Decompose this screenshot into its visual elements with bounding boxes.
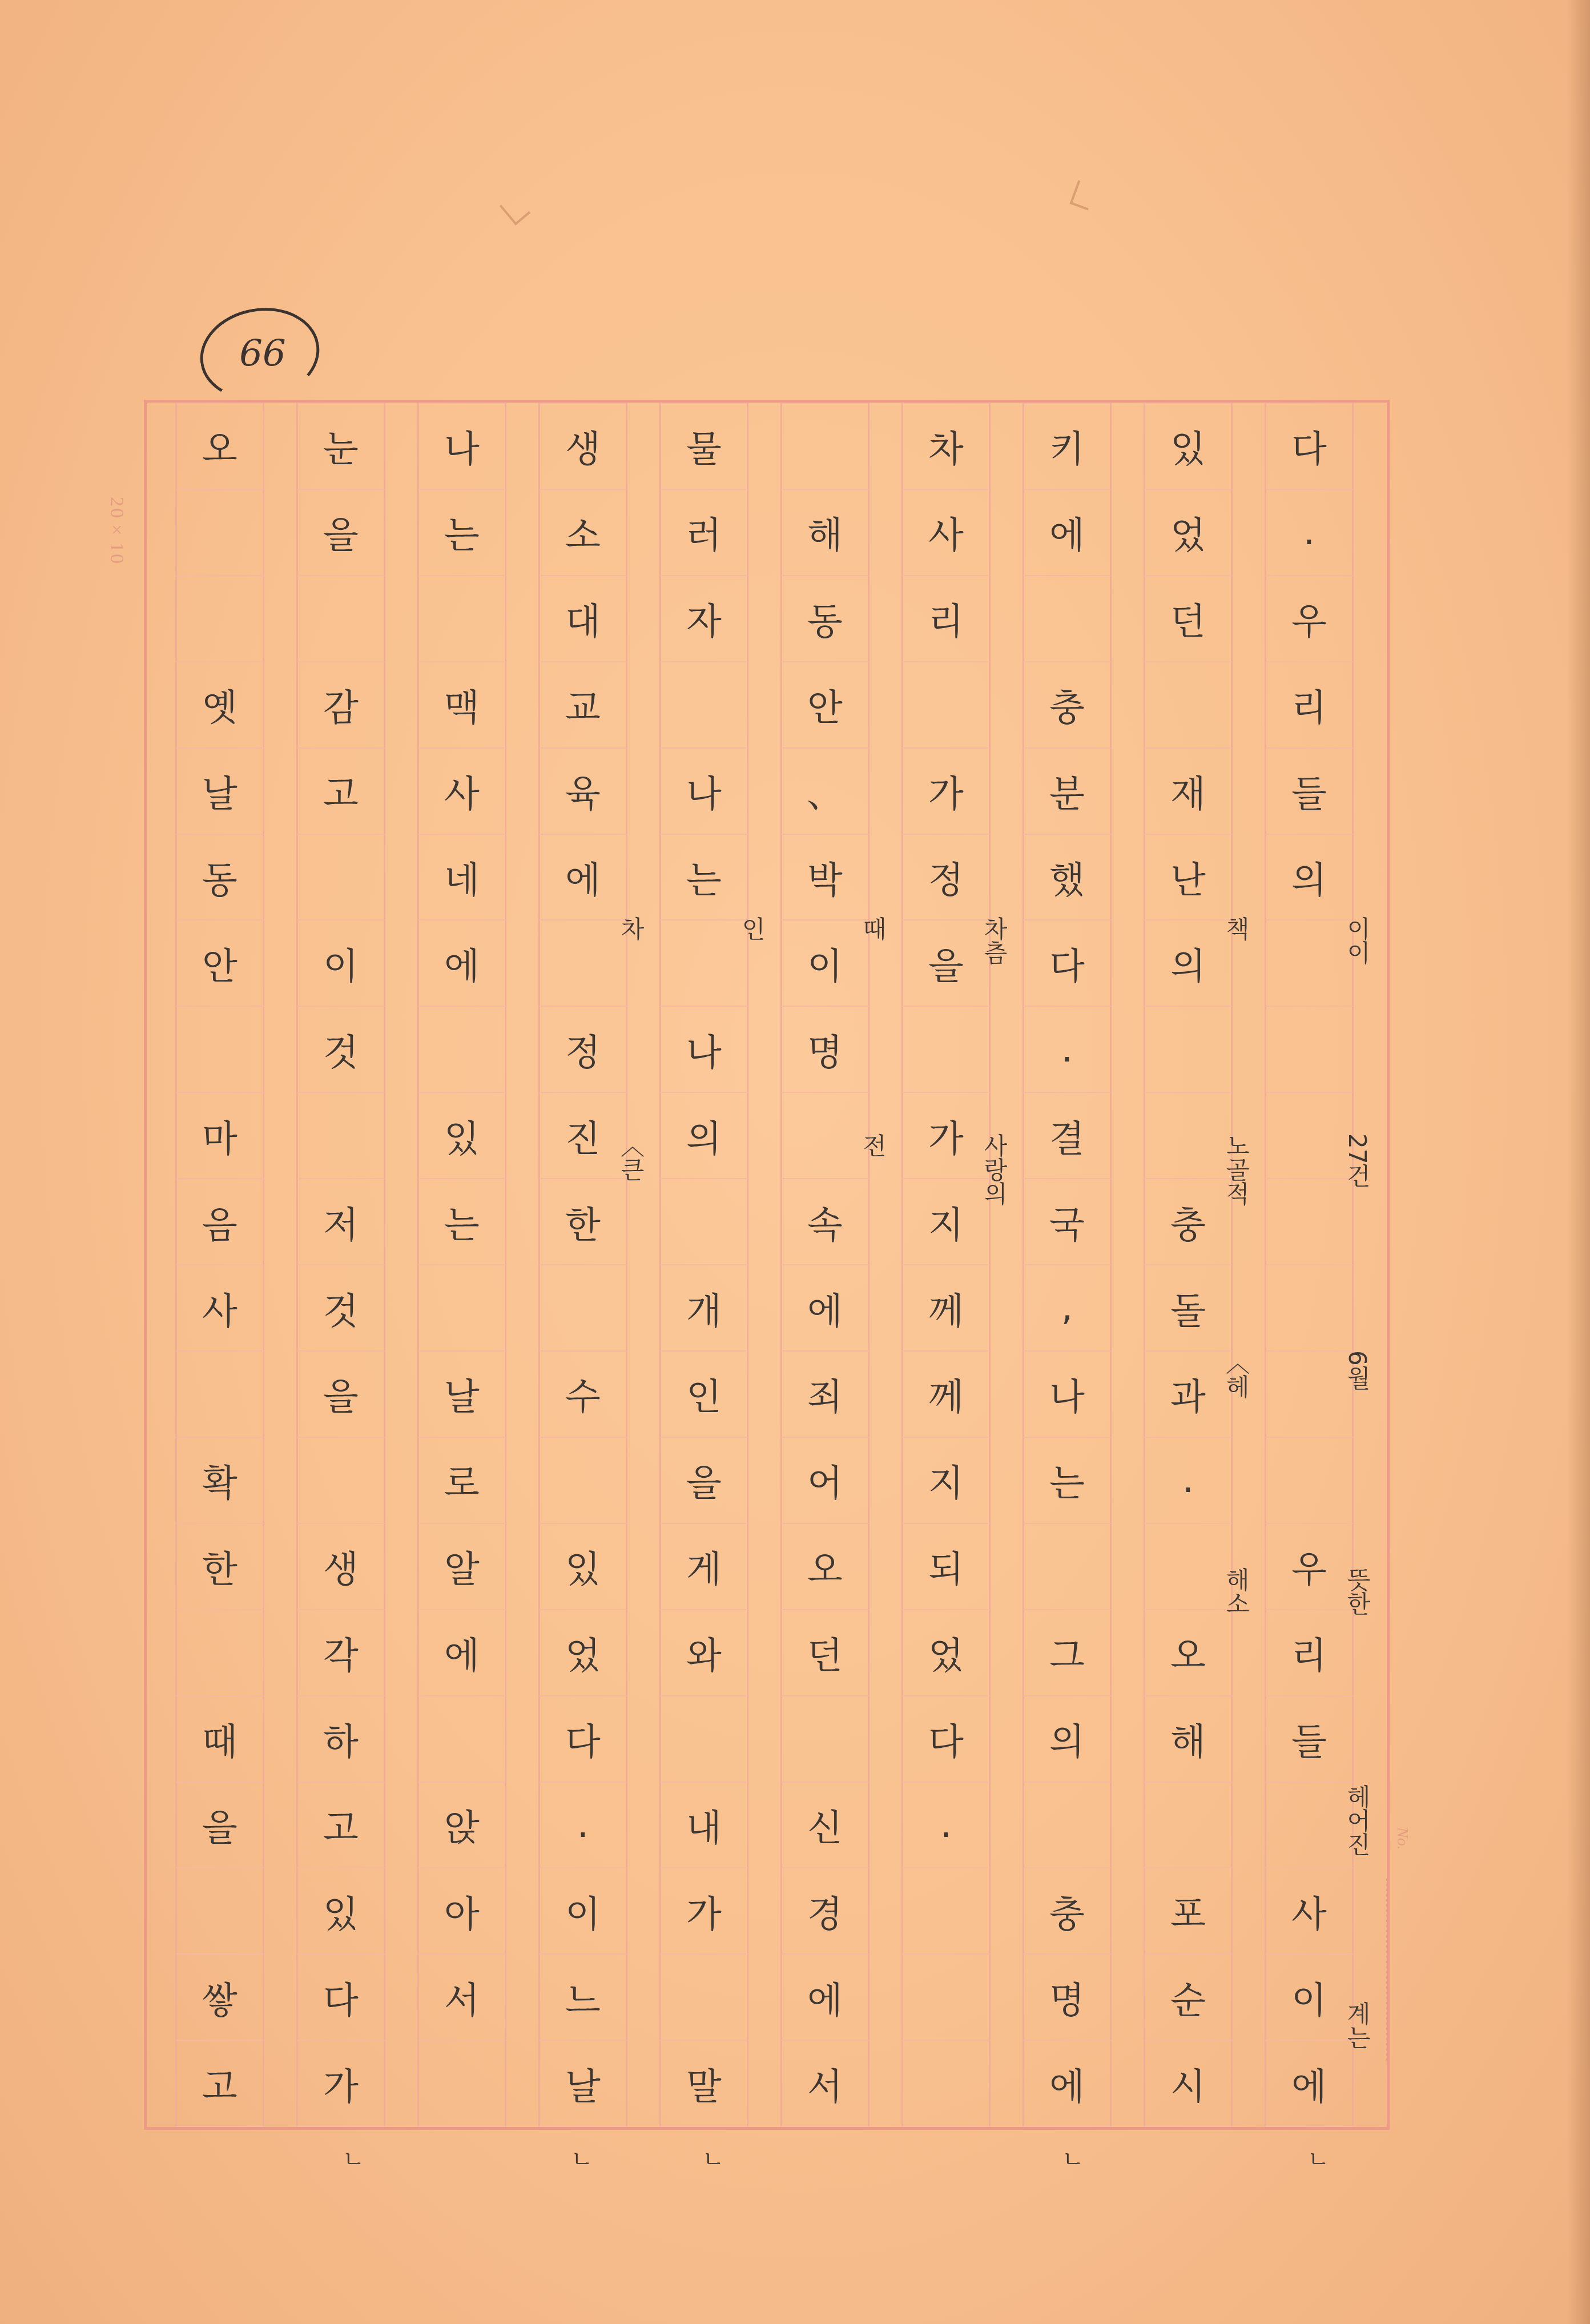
grid-cell: 리 (1265, 1610, 1354, 1696)
grid-cell: 나 (417, 403, 506, 490)
grid-cell: 을 (296, 490, 385, 576)
grid-cell (296, 1438, 385, 1524)
grid-cell: 날 (538, 2041, 627, 2127)
grid-cell: 리 (1265, 662, 1354, 749)
margin-annotation: 27건 (1340, 1133, 1374, 1188)
grid-cell (175, 1007, 264, 1093)
grid-cell: 맥 (417, 662, 506, 749)
grid-cell: 대 (538, 576, 627, 662)
grid-cell: 돌 (1144, 1265, 1233, 1352)
grid-cell: 어 (780, 1438, 870, 1524)
manuscript-column: 눈을감고이것저것을생각하고있다가 (280, 403, 401, 2127)
grid-cell: 각 (296, 1610, 385, 1696)
bottom-tick-mark: ㄴ (1062, 2141, 1084, 2174)
grid-cell: 소 (538, 490, 627, 576)
grid-cell (1265, 1438, 1354, 1524)
grid-cell: 자 (659, 576, 748, 662)
grid-cell: 가 (901, 749, 991, 835)
grid-cell: 다 (538, 1696, 627, 1783)
manuscript-column: 차사리가정을가지께께지되었다.차츰사랑의 (885, 403, 1007, 2127)
grid-cell: 다 (296, 1955, 385, 2041)
grid-cell: 가 (296, 2041, 385, 2127)
paper-crease-mark (1070, 180, 1097, 211)
grid-cell: 는 (1023, 1438, 1112, 1524)
grid-cell (1265, 1179, 1354, 1265)
grid-cell: 생 (296, 1524, 385, 1610)
grid-cell: 신 (780, 1783, 870, 1869)
margin-annotation: 헤어진 (1340, 1784, 1374, 1856)
grid-cell: 나 (659, 749, 748, 835)
grid-cell: 안 (780, 662, 870, 749)
grid-cell (417, 576, 506, 662)
grid-cell: 에 (1023, 2041, 1112, 2127)
grid-cell: 사 (1265, 1868, 1354, 1955)
margin-annotation: 해소 (1219, 1567, 1253, 1615)
grid-cell: 아 (417, 1868, 506, 1955)
grid-cell: 포 (1144, 1868, 1233, 1955)
grid-cell: 키 (1023, 403, 1112, 490)
grid-cell: . (901, 1783, 991, 1869)
grid-cell (901, 2041, 991, 2127)
grid-cell: 내 (659, 1783, 748, 1869)
grid-cell: 네 (417, 835, 506, 921)
grid-cell: 사 (175, 1265, 264, 1352)
grid-cell (296, 835, 385, 921)
grid-cell: 에 (1023, 490, 1112, 576)
grid-cell: 의 (659, 1093, 748, 1179)
grid-cell: 느 (538, 1955, 627, 2041)
grid-format-label: 20×10 (106, 497, 127, 565)
margin-annotation: 〈헤 (1219, 1350, 1253, 1398)
grid-cell (175, 1610, 264, 1696)
grid-cell: , (1023, 1265, 1112, 1352)
grid-cell: 분 (1023, 749, 1112, 835)
manuscript-column: 있었던재난의충돌과.오해포순시책노골적〈헤해소 (1128, 403, 1249, 2127)
grid-cell (175, 1352, 264, 1438)
grid-cell (1023, 1783, 1112, 1869)
grid-cell (1144, 1783, 1233, 1869)
manuscript-column: 물러자나는나의개인을게와내가말인 (643, 403, 764, 2127)
grid-cell (1265, 1007, 1354, 1093)
grid-cell: 말 (659, 2041, 748, 2127)
grid-cell (901, 1955, 991, 2041)
grid-cell: 속 (780, 1179, 870, 1265)
bottom-tick-mark: ㄴ (702, 2141, 724, 2174)
margin-annotation: 인 (735, 916, 769, 940)
grid-cell: 사 (901, 490, 991, 576)
grid-cell: . (538, 1783, 627, 1869)
grid-cell: 앉 (417, 1783, 506, 1869)
margin-annotation: 계는 (1340, 2001, 1374, 2049)
grid-cell (659, 1696, 748, 1783)
grid-cell: 고 (296, 1783, 385, 1869)
grid-cell (1144, 1007, 1233, 1093)
grid-cell (417, 1265, 506, 1352)
grid-cell: 눈 (296, 403, 385, 490)
grid-cell (780, 1696, 870, 1783)
grid-cell: 죄 (780, 1352, 870, 1438)
bottom-tick-mark: ㄴ (571, 2141, 593, 2174)
grid-cell: 생 (538, 403, 627, 490)
grid-cell: 리 (901, 576, 991, 662)
grid-cell (417, 1007, 506, 1093)
manuscript-grid: 다.우리들의우리들사이에이이27건6월뜻한헤어진계는있었던재난의충돌과.오해포순… (144, 400, 1390, 2130)
manuscript-column: 다.우리들의우리들사이에이이27건6월뜻한헤어진계는 (1249, 403, 1370, 2127)
grid-cell: 오 (780, 1524, 870, 1610)
grid-cell: 결 (1023, 1093, 1112, 1179)
grid-cell: 이 (538, 1868, 627, 1955)
margin-annotation: 책 (1219, 916, 1253, 940)
grid-cell: 러 (659, 490, 748, 576)
grid-cell: 충 (1023, 1868, 1112, 1955)
grid-cell: 교 (538, 662, 627, 749)
grid-cell: 께 (901, 1352, 991, 1438)
grid-cell (175, 1868, 264, 1955)
grid-cell: 국 (1023, 1179, 1112, 1265)
grid-cell: 오 (175, 403, 264, 490)
grid-cell: 던 (780, 1610, 870, 1696)
grid-cell: 차 (901, 403, 991, 490)
grid-cell: 그 (1023, 1610, 1112, 1696)
paper-edge-shadow (1567, 0, 1590, 2324)
grid-cell: 충 (1023, 662, 1112, 749)
grid-cell: 서 (780, 2041, 870, 2127)
grid-cell: 한 (538, 1179, 627, 1265)
grid-cell (1023, 576, 1112, 662)
grid-cell: 고 (175, 2041, 264, 2127)
margin-annotation: 6월 (1340, 1350, 1374, 1390)
grid-cell: . (1144, 1438, 1233, 1524)
grid-cell: 께 (901, 1265, 991, 1352)
grid-cell: 시 (1144, 2041, 1233, 2127)
grid-cell (780, 403, 870, 490)
grid-cell: 을 (659, 1438, 748, 1524)
grid-cell: 확 (175, 1438, 264, 1524)
grid-cell (659, 1955, 748, 2041)
grid-cell: 에 (780, 1955, 870, 2041)
grid-cell (901, 662, 991, 749)
grid-cell (417, 2041, 506, 2127)
margin-annotation: 차 (614, 916, 648, 940)
grid-cell: 들 (1265, 749, 1354, 835)
grid-cell: 정 (901, 835, 991, 921)
grid-cell (175, 490, 264, 576)
grid-cell: 때 (175, 1696, 264, 1783)
grid-cell: 을 (296, 1352, 385, 1438)
grid-cell (538, 1438, 627, 1524)
grid-cell: 、 (780, 749, 870, 835)
margin-annotation: 사랑의 (977, 1133, 1011, 1205)
grid-cell: 다 (901, 1696, 991, 1783)
grid-cell: 서 (417, 1955, 506, 2041)
grid-cell: 에 (1265, 2041, 1354, 2127)
grid-cell: 었 (1144, 490, 1233, 576)
grid-cell: 있 (296, 1868, 385, 1955)
grid-cell: 이 (296, 920, 385, 1007)
grid-cell (659, 662, 748, 749)
grid-cell: 쌓 (175, 1955, 264, 2041)
grid-cell: 나 (1023, 1352, 1112, 1438)
no-label: No. (1393, 1827, 1411, 1850)
grid-cell: 지 (901, 1438, 991, 1524)
grid-cell: 고 (296, 749, 385, 835)
grid-cell (538, 1265, 627, 1352)
grid-cell: 는 (417, 1179, 506, 1265)
grid-cell: 물 (659, 403, 748, 490)
grid-cell: 에 (417, 920, 506, 1007)
grid-cell: 다 (1023, 920, 1112, 1007)
grid-cell: 들 (1265, 1696, 1354, 1783)
grid-cell (901, 1868, 991, 1955)
grid-cell: 경 (780, 1868, 870, 1955)
manuscript-column: 나는맥사네에있는날로알에앉아서 (401, 403, 522, 2127)
grid-cell: 날 (175, 749, 264, 835)
margin-annotation: 노골적 (1219, 1133, 1253, 1205)
grid-cell: 는 (659, 835, 748, 921)
margin-annotation: 뜻한 (1340, 1567, 1374, 1615)
grid-cell: 의 (1265, 835, 1354, 921)
grid-cell: 있 (1144, 403, 1233, 490)
grid-cell: 와 (659, 1610, 748, 1696)
grid-cell: 음 (175, 1179, 264, 1265)
margin-annotation: 차츰 (977, 916, 1011, 964)
grid-cell (296, 576, 385, 662)
grid-cell: 명 (1023, 1955, 1112, 2041)
grid-cell: 었 (538, 1610, 627, 1696)
grid-cell: 안 (175, 920, 264, 1007)
grid-cell: 난 (1144, 835, 1233, 921)
grid-cell: 하 (296, 1696, 385, 1783)
grid-cell: 했 (1023, 835, 1112, 921)
grid-cell: 되 (901, 1524, 991, 1610)
grid-cell: 사 (417, 749, 506, 835)
grid-cell (659, 1179, 748, 1265)
grid-cell: 오 (1144, 1610, 1233, 1696)
manuscript-column: 오옛날동안마음사확한때을쌓고 (159, 403, 280, 2127)
grid-cell (1023, 1524, 1112, 1610)
grid-cell: 알 (417, 1524, 506, 1610)
grid-cell (1144, 662, 1233, 749)
grid-cell: 것 (296, 1007, 385, 1093)
grid-cell: 을 (175, 1783, 264, 1869)
grid-cell: 동 (175, 835, 264, 921)
grid-cell: 것 (296, 1265, 385, 1352)
grid-cell (417, 1696, 506, 1783)
grid-cell: 있 (538, 1524, 627, 1610)
grid-cell: . (1023, 1007, 1112, 1093)
margin-annotation: 〈큰 (614, 1133, 648, 1181)
margin-annotation: 전 (856, 1133, 890, 1157)
bottom-tick-mark: ㄴ (1307, 2141, 1330, 2174)
grid-cell: 재 (1144, 749, 1233, 835)
grid-cell: 에 (780, 1265, 870, 1352)
grid-cell: . (1265, 490, 1354, 576)
grid-cell: 옛 (175, 662, 264, 749)
grid-cell (175, 576, 264, 662)
grid-cell: 해 (780, 490, 870, 576)
grid-cell: 명 (780, 1007, 870, 1093)
paper-crease-mark (500, 194, 530, 226)
page-number-text: 66 (239, 333, 285, 375)
grid-cell: 에 (417, 1610, 506, 1696)
page-number: 66 (206, 320, 320, 388)
grid-cell (1265, 1265, 1354, 1352)
manuscript-column: 해동안、박이명속에죄어오던신경에서때전 (764, 403, 885, 2127)
grid-cell: 마 (175, 1093, 264, 1179)
grid-cell: 개 (659, 1265, 748, 1352)
grid-cell: 인 (659, 1352, 748, 1438)
grid-cell: 수 (538, 1352, 627, 1438)
grid-cell: 정 (538, 1007, 627, 1093)
grid-cell: 동 (780, 576, 870, 662)
grid-cell: 한 (175, 1524, 264, 1610)
grid-cell: 던 (1144, 576, 1233, 662)
grid-cell: 해 (1144, 1696, 1233, 1783)
grid-cell: 는 (417, 490, 506, 576)
grid-cell: 날 (417, 1352, 506, 1438)
grid-cell: 나 (659, 1007, 748, 1093)
grid-cell: 우 (1265, 576, 1354, 662)
margin-annotation: 때 (856, 916, 890, 940)
grid-cell: 저 (296, 1179, 385, 1265)
grid-cell: 었 (901, 1610, 991, 1696)
grid-cell: 로 (417, 1438, 506, 1524)
grid-cell: 박 (780, 835, 870, 921)
grid-cell: 감 (296, 662, 385, 749)
grid-cell: 있 (417, 1093, 506, 1179)
grid-cell: 의 (1023, 1696, 1112, 1783)
grid-cell: 가 (659, 1868, 748, 1955)
grid-cell: 다 (1265, 403, 1354, 490)
manuscript-column: 생소대교육에정진한수있었다.이느날차〈큰 (522, 403, 643, 2127)
bottom-tick-mark: ㄴ (343, 2141, 365, 2174)
margin-annotation: 이이 (1340, 916, 1374, 964)
grid-cell: 육 (538, 749, 627, 835)
grid-cell: 게 (659, 1524, 748, 1610)
grid-cell (296, 1093, 385, 1179)
grid-cell: 에 (538, 835, 627, 921)
manuscript-column: 키에충분했다.결국,나는그의충명에 (1007, 403, 1128, 2127)
grid-cell: 순 (1144, 1955, 1233, 2041)
grid-cell (901, 1007, 991, 1093)
